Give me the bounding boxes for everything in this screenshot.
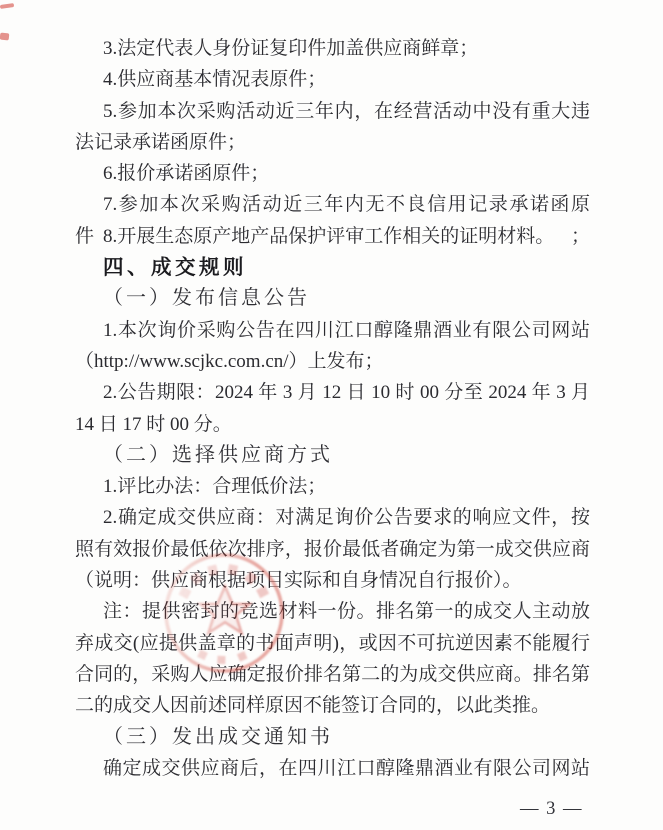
doc-line-body: （http://www.scjkc.com.cn/）上发布； (75, 346, 590, 377)
doc-line-body: 4.供应商基本情况表原件； (75, 64, 590, 95)
doc-line-body: 8.开展生态原产地产品保护评审工作相关的证明材料。 (75, 221, 590, 252)
doc-line-body: 1.评比办法：合理低价法； (75, 471, 590, 502)
doc-line-body: 1.本次询价采购公告在四川江口醇隆鼎酒业有限公司网站 (75, 315, 590, 346)
document-body: 3.法定代表人身份证复印件加盖供应商鲜章；4.供应商基本情况表原件；5.参加本次… (75, 33, 590, 784)
doc-line-sub: （二）选择供应商方式 (75, 440, 590, 471)
scanned-document-page: 3.法定代表人身份证复印件加盖供应商鲜章；4.供应商基本情况表原件；5.参加本次… (0, 0, 663, 830)
doc-line-body: 确定成交供应商后，在四川江口醇隆鼎酒业有限公司网站 (75, 753, 590, 784)
doc-line-body: 14 日 17 时 00 分。 (75, 409, 590, 440)
doc-line-heading: 四、成交规则 (75, 252, 590, 283)
doc-line-body: 6.报价承诺函原件； (75, 158, 590, 189)
doc-line-sub: （一）发布信息公告 (75, 283, 590, 314)
doc-line-body: 2.公告期限：2024 年 3 月 12 日 10 时 00 分至 2024 年… (75, 377, 590, 408)
doc-line-body: 7.参加本次采购活动近三年内无不良信用记录承诺函原件； (75, 189, 590, 220)
red-scan-artifact (0, 33, 9, 41)
doc-line-body: 3.法定代表人身份证复印件加盖供应商鲜章； (75, 33, 590, 64)
doc-line-body: 合同的，采购人应确定报价排名第二的为成交供应商。排名第 (75, 659, 590, 690)
doc-line-sub: （三）发出成交通知书 (75, 722, 590, 753)
doc-line-body: 2.确定成交供应商：对满足询价公告要求的响应文件，按 (75, 502, 590, 533)
doc-line-body: 照有效报价最低依次排序，报价最低者确定为第一成交供应商 (75, 534, 590, 565)
page-number: — 3 — (520, 799, 583, 820)
doc-line-body: 弃成交(应提供盖章的书面声明)，或因不可抗逆因素不能履行 (75, 628, 590, 659)
doc-line-body: （说明：供应商根据项目实际和自身情况自行报价）。 (75, 565, 590, 596)
red-scan-artifact (0, 3, 14, 9)
doc-line-body: 法记录承诺函原件； (75, 127, 590, 158)
doc-line-body: 二的成交人因前述同样原因不能签订合同的，以此类推。 (75, 690, 590, 721)
doc-line-body: 5.参加本次采购活动近三年内，在经营活动中没有重大违 (75, 96, 590, 127)
doc-line-body: 注：提供密封的竞选材料一份。排名第一的成交人主动放 (75, 596, 590, 627)
